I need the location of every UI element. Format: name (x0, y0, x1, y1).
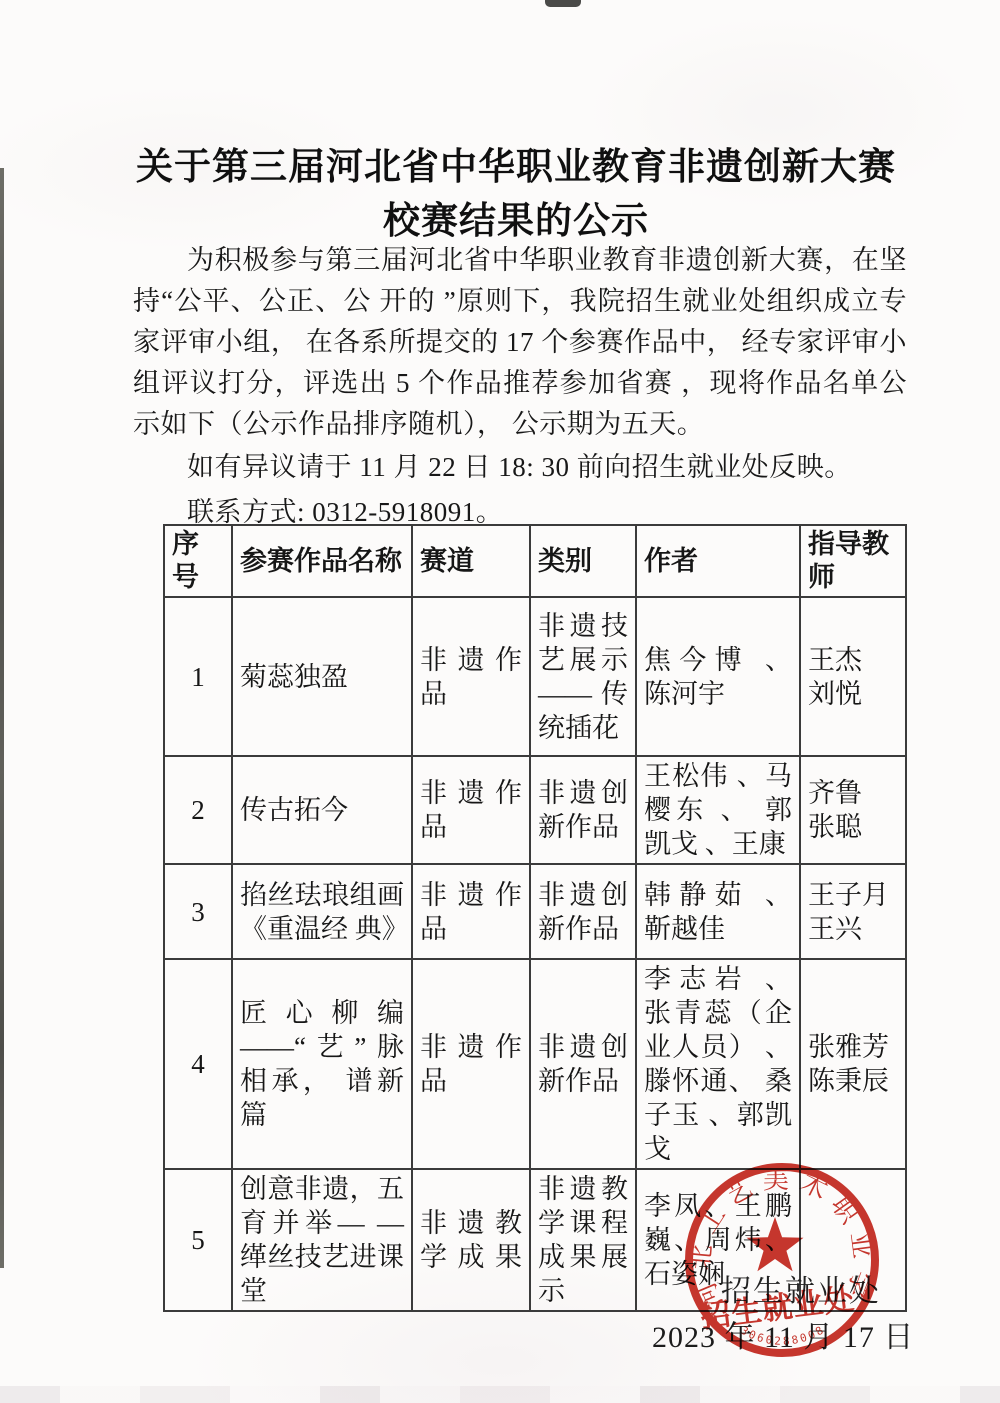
header-category: 类别 (530, 525, 636, 597)
cell-authors: 王松伟 、马樱东 、 郭凯戈 、王康 (636, 756, 800, 864)
document-title-line2: 校赛结果的公示 (110, 190, 922, 244)
seal-star-icon (747, 1217, 804, 1271)
cell-name: 菊蕊独盈 (232, 597, 412, 756)
cell-track: 非遗作品 (412, 864, 530, 959)
cell-category: 非遗技艺展示——传统插花 (530, 597, 636, 756)
cell-advisors: 齐鲁 张聪 (800, 756, 906, 864)
scan-edge-artifact-left (0, 168, 4, 1268)
header-work-name: 参赛作品名称 (232, 525, 412, 597)
cell-track: 非遗作品 (412, 756, 530, 864)
cell-authors: 韩静茹 、 靳越佳 (636, 864, 800, 959)
header-track: 赛道 (412, 525, 530, 597)
document-title-line1: 关于第三届河北省中华职业教育非遗创新大赛 (110, 136, 922, 190)
header-authors: 作者 (636, 525, 800, 597)
cell-category: 非遗创新作品 (530, 959, 636, 1169)
cell-name: 传古拓今 (232, 756, 412, 864)
cell-no: 4 (164, 959, 232, 1169)
cell-advisors: 王杰 刘悦 (800, 597, 906, 756)
cell-no: 3 (164, 864, 232, 959)
scanned-document-page: 关于第三届河北省中华职业教育非遗创新大赛 校赛结果的公示 为积极参与第三届河北省… (0, 0, 1000, 1403)
table-row: 3 掐丝珐琅组画《重温经 典》 非遗作品 非遗创新作品 韩静茹 、 靳越佳 王子… (164, 864, 906, 959)
cell-no: 2 (164, 756, 232, 864)
cell-category: 非遗创新作品 (530, 756, 636, 864)
cell-name: 匠心柳编——“艺”脉 相承， 谱新篇 (232, 959, 412, 1169)
cell-advisors: 张雅芳 陈秉辰 (800, 959, 906, 1169)
cell-category: 非遗教学课程成果展示 (530, 1169, 636, 1311)
header-no: 序号 (164, 525, 232, 597)
body-paragraph-1: 为积极参与第三届河北省中华职业教育非遗创新大赛，在坚持“公平、公正、公 开的 ”… (133, 240, 907, 445)
cell-no: 1 (164, 597, 232, 756)
cell-track: 非遗作品 (412, 597, 530, 756)
cell-authors: 李志岩 、 张青蕊（企 业人员） 、滕怀通、 桑子玉 、郭凯戈 (636, 959, 800, 1169)
cell-advisors: 王子月 王兴 (800, 864, 906, 959)
cell-track: 非遗作品 (412, 959, 530, 1169)
table-row: 4 匠心柳编——“艺”脉 相承， 谱新篇 非遗作品 非遗创新作品 李志岩 、 张… (164, 959, 906, 1169)
scan-noise-band-bottom (0, 1386, 1000, 1403)
scan-smudge-top (545, 0, 581, 7)
table-row: 2 传古拓今 非遗作品 非遗创新作品 王松伟 、马樱东 、 郭凯戈 、王康 齐鲁… (164, 756, 906, 864)
cell-name: 掐丝珐琅组画《重温经 典》 (232, 864, 412, 959)
table-header-row: 序号 参赛作品名称 赛道 类别 作者 指导教师 (164, 525, 906, 597)
cell-name: 创意非遗，五育并举— —缂丝技艺进课堂 (232, 1169, 412, 1311)
table-row: 1 菊蕊独盈 非遗作品 非遗技艺展示——传统插花 焦今博 、 陈河宇 王杰 刘悦 (164, 597, 906, 756)
header-advisors: 指导教师 (800, 525, 906, 597)
cell-category: 非遗创新作品 (530, 864, 636, 959)
cell-track: 非遗教学成果 (412, 1169, 530, 1311)
cell-authors: 焦今博 、 陈河宇 (636, 597, 800, 756)
body-paragraph-objection: 如有异议请于 11 月 22 日 18: 30 前向招生就业处反映。 (133, 447, 907, 488)
official-seal-stamp: 河北工艺美术职业学院 30602880081 招生就业处 (667, 1146, 897, 1386)
cell-no: 5 (164, 1169, 232, 1311)
